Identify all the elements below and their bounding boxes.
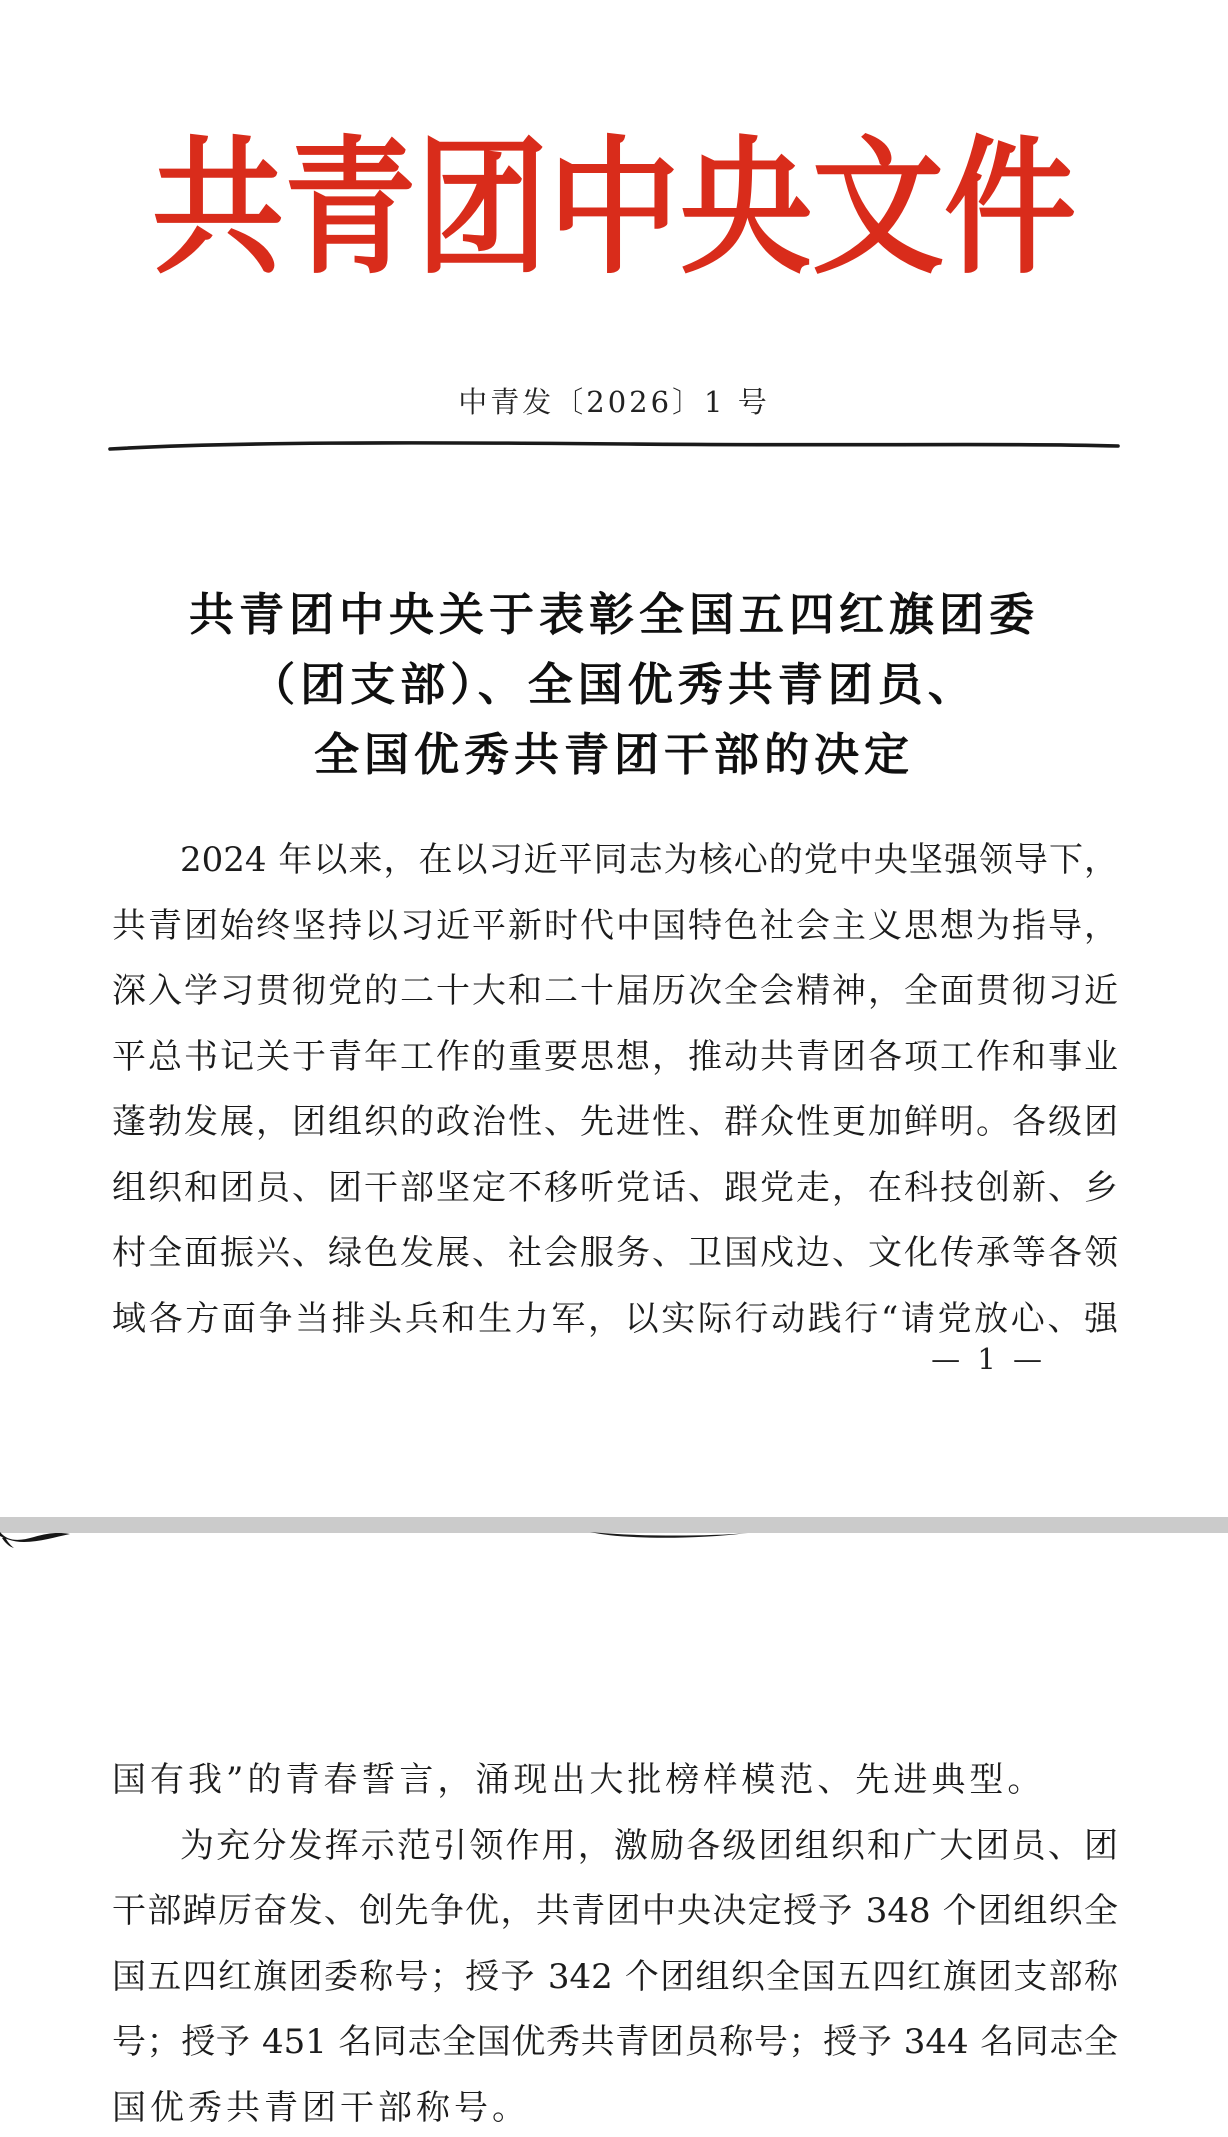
document-title-line-1: 共青团中央关于表彰全国五四红旗团委 [0, 580, 1228, 650]
page-number: — 1 — [112, 1340, 1118, 1378]
body-line: 组织和团员、团干部坚定不移听党话、跟党走，在科技创新、乡 [112, 1156, 1118, 1222]
body-line: 共青团始终坚持以习近平新时代中国特色社会主义思想为指导， [112, 894, 1118, 960]
separator-rule [108, 438, 1120, 452]
body-line: 国优秀共青团干部称号。 [112, 2076, 1118, 2137]
document-title-line-2: （团支部）、全国优秀共青团员、 [0, 650, 1228, 720]
document-title-line-3: 全国优秀共青团干部的决定 [0, 720, 1228, 790]
body-line: 号；授予 451 名同志全国优秀共青团员称号；授予 344 名同志全 [112, 2010, 1118, 2076]
document-title: 共青团中央关于表彰全国五四红旗团委 （团支部）、全国优秀共青团员、 全国优秀共青… [0, 580, 1228, 790]
body-line: 2024 年以来，在以习近平同志为核心的党中央坚强领导下， [112, 828, 1118, 894]
page1-body: 2024 年以来，在以习近平同志为核心的党中央坚强领导下， 共青团始终坚持以习近… [112, 828, 1118, 1352]
body-line: 深入学习贯彻党的二十大和二十届历次全会精神，全面贯彻习近 [112, 959, 1118, 1025]
body-line: 蓬勃发展，团组织的政治性、先进性、群众性更加鲜明。各级团 [112, 1090, 1118, 1156]
page2-body: 国有我”的青春誓言，涌现出大批榜样模范、先进典型。 为充分发挥示范引领作用，激励… [112, 1748, 1118, 2137]
scanned-document-page: 共青团中央文件 中青发〔2026〕1 号 共青团中央关于表彰全国五四红旗团委 （… [0, 0, 1228, 2137]
body-line: 干部踔厉奋发、创先争优，共青团中央决定授予 348 个团组织全 [112, 1879, 1118, 1945]
body-line: 国有我”的青春誓言，涌现出大批榜样模范、先进典型。 [112, 1748, 1118, 1814]
body-line: 村全面振兴、绿色发展、社会服务、卫国戍边、文化传承等各领 [112, 1221, 1118, 1287]
doc-number: 中青发〔2026〕1 号 [0, 382, 1228, 422]
scan-artifact-arc-center [590, 1527, 750, 1541]
body-line: 平总书记关于青年工作的重要思想，推动共青团各项工作和事业 [112, 1025, 1118, 1091]
body-line: 为充分发挥示范引领作用，激励各级团组织和广大团员、团 [112, 1814, 1118, 1880]
separator-rule-line [108, 439, 1120, 453]
body-line: 国五四红旗团委称号；授予 342 个团组织全国五四红旗团支部称 [112, 1945, 1118, 2011]
scan-artifact-curl-left [0, 1524, 160, 1550]
masthead-title: 共青团中央文件 [0, 108, 1228, 310]
